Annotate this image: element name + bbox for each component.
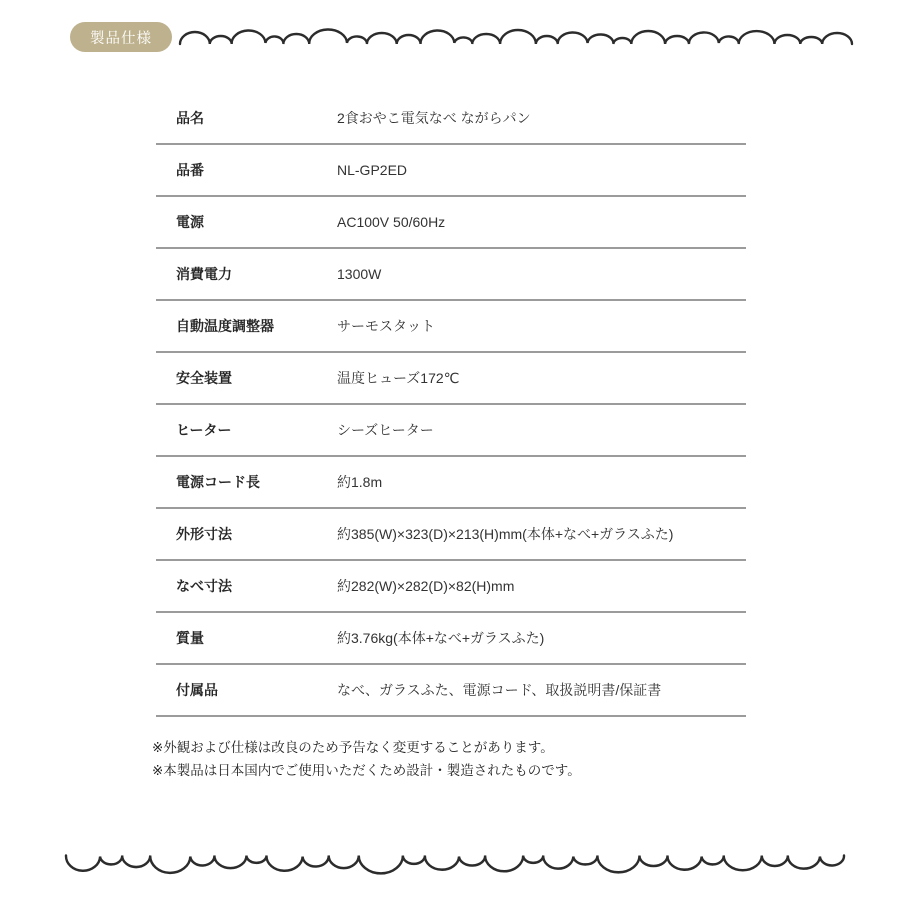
spec-row-value: 約282(W)×282(D)×82(H)mm <box>337 576 746 596</box>
spec-row-label: 自動温度調整器 <box>176 316 337 336</box>
spec-section-badge-label: 製品仕様 <box>90 27 152 48</box>
spec-table-row: 品番 NL-GP2ED <box>156 145 746 197</box>
footnote-line: ※外観および仕様は改良のため予告なく変更することがあります。 <box>152 736 772 759</box>
spec-row-value: 2食おやこ電気なべ ながらパン <box>337 108 746 128</box>
spec-table-row: 外形寸法 約385(W)×323(D)×213(H)mm(本体+なべ+ガラスふた… <box>156 509 746 561</box>
spec-row-value: 1300W <box>337 266 746 282</box>
spec-table-row: なべ寸法 約282(W)×282(D)×82(H)mm <box>156 561 746 613</box>
footnotes: ※外観および仕様は改良のため予告なく変更することがあります。 ※本製品は日本国内… <box>152 736 772 782</box>
spec-row-value: サーモスタット <box>337 316 746 336</box>
spec-row-value: 約3.76kg(本体+なべ+ガラスふた) <box>337 628 746 648</box>
spec-table-row: 電源コード長 約1.8m <box>156 457 746 509</box>
spec-table-row: 自動温度調整器 サーモスタット <box>156 301 746 353</box>
spec-row-value: 約1.8m <box>337 472 746 492</box>
spec-table-row: 安全装置 温度ヒューズ172℃ <box>156 353 746 405</box>
spec-table-row: ヒーター シーズヒーター <box>156 405 746 457</box>
spec-row-value: なべ、ガラスふた、電源コード、取扱説明書/保証書 <box>337 680 746 700</box>
footnote-line: ※本製品は日本国内でご使用いただくため設計・製造されたものです。 <box>152 759 772 782</box>
spec-row-label: 付属品 <box>176 680 337 700</box>
spec-row-value: シーズヒーター <box>337 420 746 440</box>
spec-row-label: 電源 <box>176 212 337 232</box>
spec-row-value: 温度ヒューズ172℃ <box>337 368 746 388</box>
spec-table-row: 付属品 なべ、ガラスふた、電源コード、取扱説明書/保証書 <box>156 665 746 717</box>
spec-row-label: 質量 <box>176 628 337 648</box>
spec-table-row: 質量 約3.76kg(本体+なべ+ガラスふた) <box>156 613 746 665</box>
spec-table-row: 消費電力 1300W <box>156 249 746 301</box>
spec-table-row: 品名 2食おやこ電気なべ ながらパン <box>156 93 746 145</box>
spec-row-label: 電源コード長 <box>176 472 337 492</box>
spec-row-value: 約385(W)×323(D)×213(H)mm(本体+なべ+ガラスふた) <box>337 524 746 544</box>
spec-row-label: 安全装置 <box>176 368 337 388</box>
spec-row-label: ヒーター <box>176 420 337 440</box>
spec-section-badge: 製品仕様 <box>70 22 172 52</box>
spec-row-label: 品名 <box>176 108 337 128</box>
spec-row-label: 品番 <box>176 160 337 180</box>
spec-row-value: NL-GP2ED <box>337 162 746 178</box>
product-spec-page: 製品仕様 品名 2食おやこ電気なべ ながらパン 品番 NL-GP2ED 電源 A… <box>0 0 900 900</box>
spec-row-label: 外形寸法 <box>176 524 337 544</box>
spec-row-value: AC100V 50/60Hz <box>337 214 746 230</box>
spec-table-row: 電源 AC100V 50/60Hz <box>156 197 746 249</box>
top-scallop-wave-icon <box>178 21 854 51</box>
spec-row-label: なべ寸法 <box>176 576 337 596</box>
bottom-ocean-wave-icon <box>64 846 846 886</box>
spec-row-label: 消費電力 <box>176 264 337 284</box>
spec-table: 品名 2食おやこ電気なべ ながらパン 品番 NL-GP2ED 電源 AC100V… <box>156 93 746 717</box>
